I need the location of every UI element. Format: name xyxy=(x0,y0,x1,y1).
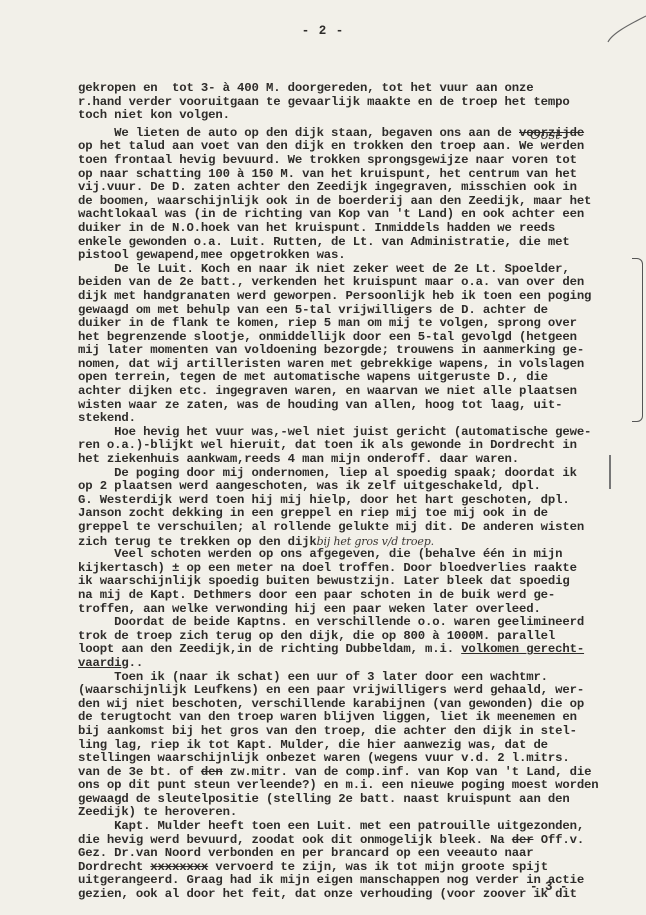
text-line: vij.vuur. De D. zaten achter den Zeedijk… xyxy=(78,181,638,195)
text-line: nomen, dat wij artilleristen waren met g… xyxy=(78,358,638,372)
text-line: duiker in de N.O.hoek van het kruispunt.… xyxy=(78,222,638,236)
text-line: Gez. Dr.van Noord verbonden en per branc… xyxy=(78,847,638,861)
line-text: .. xyxy=(129,656,143,670)
underlined-text: vaardig xyxy=(78,656,129,670)
text-line: r.hand verder vooruitgaan te gevaarlijk … xyxy=(78,96,638,110)
line-text: zw.mitr. van de comp.inf. van Kop van 't… xyxy=(223,765,592,779)
text-line: de terugtocht van den troep waren blijve… xyxy=(78,711,638,725)
text-line: duiker in de flank te komen, riep 5 man … xyxy=(78,317,638,331)
text-line: toch niet kon volgen. xyxy=(78,109,638,123)
margin-tick-mark xyxy=(609,455,611,489)
text-line: het ziekenhuis aankwam,reeds 4 man mijn … xyxy=(78,453,638,467)
text-line: op 2 plaatsen werd aangeschoten, was ik … xyxy=(78,480,638,494)
text-line: We lieten de auto op den dijk staan, beg… xyxy=(78,127,638,141)
text-line: den wij niet beschoten, verschillende ka… xyxy=(78,698,638,712)
margin-bracket xyxy=(632,258,643,422)
text-line: dijk met handgranaten werd geworpen. Per… xyxy=(78,290,638,304)
struck-word: den xyxy=(201,765,223,779)
text-line: gewaagd om met behulp van een 5-tal vrij… xyxy=(78,304,638,318)
text-line: troffen, aan welke verwonding hij een pa… xyxy=(78,603,638,617)
text-line: Doordat de beide Kaptns. en verschillend… xyxy=(78,616,638,630)
struck-word: xxxxxxxx xyxy=(150,860,208,874)
text-line: gewaagd de sleutelpositie (stelling 2e b… xyxy=(78,793,638,807)
text-line: stekend. xyxy=(78,412,638,426)
text-line: na mij de Kapt. Dethmers door een paar s… xyxy=(78,589,638,603)
text-line: stellingen waarschijnlijk onbezet waren … xyxy=(78,752,638,766)
line-text: We lieten de auto op den dijk staan, beg… xyxy=(78,126,519,140)
text-line: enkele gewonden o.a. Luit. Rutten, de Lt… xyxy=(78,236,638,250)
text-line: die hevig werd bevuurd, zoodat ook dit o… xyxy=(78,834,638,848)
text-line: Toen ik (naar ik schat) een uur of 3 lat… xyxy=(78,671,638,685)
underlined-text: volkomen gerecht- xyxy=(461,642,584,656)
text-line: zich terug te trekken op den dijkbij het… xyxy=(78,535,638,549)
text-line: bij aankomst bij het gros van den troep,… xyxy=(78,725,638,739)
text-line: toen frontaal hevig bevuurd. We trokken … xyxy=(78,154,638,168)
text-line: G. Westerdijk werd toen hij mij hielp, d… xyxy=(78,494,638,508)
text-line: van de 3e bt. of den zw.mitr. van de com… xyxy=(78,766,638,780)
struck-word: der xyxy=(512,833,534,847)
document-page: - 2 - Oost gekropen en tot 3- à 400 M. d… xyxy=(0,0,646,915)
page-number-top: - 2 - xyxy=(0,24,646,38)
typewritten-body: gekropen en tot 3- à 400 M. doorgereden,… xyxy=(78,82,638,902)
text-line: (waarschijnlijk Leufkens) en een paar vr… xyxy=(78,684,638,698)
text-line: achter dijken etc. ingegraven waren, en … xyxy=(78,385,638,399)
text-line: mij later momenten van voldoening bezorg… xyxy=(78,344,638,358)
text-line: De poging door mij ondernomen, liep al s… xyxy=(78,467,638,481)
text-line: trok de troep zich terug op den dijk, di… xyxy=(78,630,638,644)
text-line: gekropen en tot 3- à 400 M. doorgereden,… xyxy=(78,82,638,96)
text-line: beiden van de 2e batt., verkenden het kr… xyxy=(78,276,638,290)
text-line: Kapt. Mulder heeft toen een Luit. met ee… xyxy=(78,820,638,834)
struck-word: voorzijde xyxy=(519,126,584,140)
text-line: Veel schoten werden op ons afgegeven, di… xyxy=(78,548,638,562)
text-line: loopt aan den Zeedijk,in de richting Dub… xyxy=(78,643,638,657)
line-text: die hevig werd bevuurd, zoodat ook dit o… xyxy=(78,833,512,847)
page-number-bottom: - 3 - xyxy=(530,880,568,894)
line-text: vervoerd te zijn, was ik tot mijn groote… xyxy=(208,860,548,874)
line-text: Dordrecht xyxy=(78,860,150,874)
text-line: het begrenzende slootje, onmiddellijk do… xyxy=(78,331,638,345)
text-line: Zeedijk) te heroveren. xyxy=(78,806,638,820)
pencil-mark-icon xyxy=(606,12,646,48)
text-line: Hoe hevig het vuur was,-wel niet juist g… xyxy=(78,426,638,440)
text-line: wachtlokaal was (in de richting van Kop … xyxy=(78,208,638,222)
text-line: wisten waar ze zaten, was de houding van… xyxy=(78,399,638,413)
line-text: Off.v. xyxy=(533,833,584,847)
text-line: ren o.a.)-blijkt wel hieruit, dat toen i… xyxy=(78,439,638,453)
text-line: open terrein, tegen de met automatische … xyxy=(78,371,638,385)
text-line: vaardig.. xyxy=(78,657,638,671)
text-line: De le Luit. Koch en naar ik niet zeker w… xyxy=(78,263,638,277)
text-line: op naar schatting 100 à 150 M. van het k… xyxy=(78,168,638,182)
text-line: de boomen, waarschijnlijk ook in de boer… xyxy=(78,195,638,209)
text-line: ling lag, riep ik tot Kapt. Mulder, die … xyxy=(78,739,638,753)
text-line: ik waarschijnlijk spoedig buiten bewustz… xyxy=(78,575,638,589)
text-line: greppel te verschuilen; al rollende gelu… xyxy=(78,521,638,535)
text-line: op het talud aan voet van den dijk en tr… xyxy=(78,140,638,154)
text-line: Dordrecht xxxxxxxx vervoerd te zijn, was… xyxy=(78,861,638,875)
line-text: van de 3e bt. of xyxy=(78,765,201,779)
handwritten-insertion: bij het gros v/d troep. xyxy=(317,535,434,548)
line-text: loopt aan den Zeedijk,in de richting Dub… xyxy=(78,642,461,656)
text-line: kijkertasch) ± op een meter na doel trof… xyxy=(78,562,638,576)
text-line: ons op dit punt steun verleende?) en m.i… xyxy=(78,779,638,793)
text-line: pistool gewapend,mee opgetrokken was. xyxy=(78,249,638,263)
text-line: Janson zocht dekking in een greppel en r… xyxy=(78,507,638,521)
